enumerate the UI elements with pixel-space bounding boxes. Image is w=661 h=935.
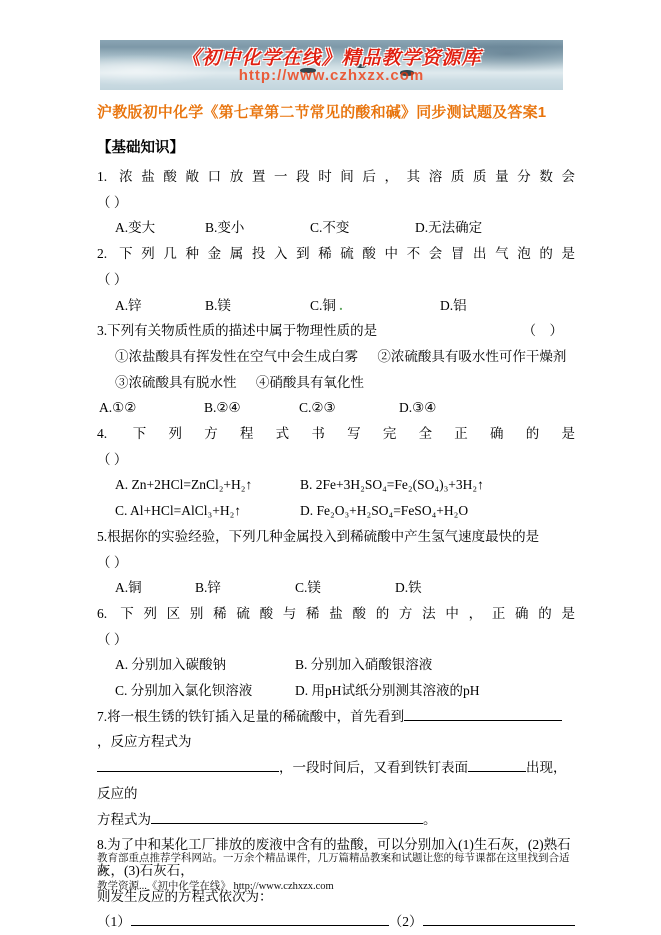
question-6-option-b: B. 分别加入硝酸银溶液 — [295, 652, 432, 678]
question-7-text-1: 7.将一根生锈的铁钉插入足量的稀硫酸中，首先看到 — [97, 709, 404, 724]
question-6-option-a: A. 分别加入碳酸钠 — [115, 652, 295, 678]
banner-site-title: 《初中化学在线》精品教学资源库 — [100, 43, 563, 70]
question-1-option-b: B.变小 — [205, 215, 310, 241]
question-6-option-c: C. 分别加入氯化钡溶液 — [115, 678, 295, 704]
question-2-option-d: D.铝 — [440, 293, 467, 319]
question-3-stem-row: 3.下列有关物质性质的描述中属于物理性质的是 （ ） — [97, 318, 575, 344]
question-3-item-3: ③浓硫酸具有脱水性 — [115, 375, 237, 390]
fill-in-blank — [423, 911, 576, 926]
footer-note-line1: 教育部重点推荐学科网站。一万余个精品课件，几万篇精品教案和试题让您的每节课都在这… — [97, 852, 579, 880]
question-1-option-d: D.无法确定 — [415, 215, 482, 241]
question-8-blanks-row: （1） （2） — [97, 909, 575, 935]
question-4-option-d: D. Fe₂O₃+H₂SO₄=FeSO₄+H₂O — [300, 498, 468, 524]
question-5-stem: 5.根据你的实验经验，下列几种金属投入到稀硫酸中产生氢气速度最快的是 — [97, 524, 575, 550]
question-4-options-row2: C. Al+HCl=AlCl₃+H₂↑ D. Fe₂O₃+H₂SO₄=FeSO₄… — [97, 498, 575, 524]
question-2-option-c: C.铜 . — [310, 293, 440, 319]
question-5-answer-paren: （ ） — [97, 550, 575, 576]
question-5-option-c: C.镁 — [295, 575, 395, 601]
question-5-option-a: A.铜 — [115, 575, 195, 601]
question-2-option-b: B.镁 — [205, 293, 310, 319]
question-6-answer-paren: （ ） — [97, 627, 575, 653]
question-7-text-5: 方程式为 — [97, 812, 151, 827]
question-7-text-6: 。 — [423, 812, 437, 827]
question-6-stem: 6. 下列区别稀硫酸与稀盐酸的方法中，正确的是 — [97, 601, 575, 627]
question-1-options: A.变大 B.变小 C.不变 D.无法确定 — [97, 215, 575, 241]
question-4-stem: 4. 下列方程式书写完全正确的是 — [97, 421, 575, 447]
question-1-option-c: C.不变 — [310, 215, 415, 241]
footer-note-prefix: 教学资源...《初中化学在线》 — [97, 881, 231, 892]
question-6-options-row2: C. 分别加入氯化钡溶液 D. 用pH试纸分别测其溶液的pH — [97, 678, 575, 704]
document-title: 沪教版初中化学《第七章第二节常见的酸和碱》同步测试题及答案1 — [97, 101, 575, 122]
question-4-options-row1: A. Zn+2HCl=ZnCl₂+H₂↑ B. 2Fe+3H₂SO₄=Fe₂(S… — [97, 472, 575, 498]
question-7-line2: ，一段时间后，又看到铁钉表面出现，反应的 — [97, 755, 575, 806]
spellcheck-dot: . — [339, 298, 342, 313]
question-3-option-a: A.①② — [99, 395, 204, 421]
site-banner-image: 《初中化学在线》精品教学资源库 http://www.czhxzx.com — [100, 40, 563, 90]
question-8-blank2-label: （2） — [389, 909, 423, 935]
question-3-items-row2: ③浓硫酸具有脱水性 ④硝酸具有氧化性 — [97, 370, 575, 396]
question-1-answer-paren: （ ） — [97, 190, 575, 216]
question-3-item-4: ④硝酸具有氧化性 — [256, 375, 364, 390]
footer-note-line2: 教学资源...《初中化学在线》 http://www.czhxzx.com — [97, 880, 579, 894]
question-4-answer-paren: （ ） — [97, 447, 575, 473]
question-7-text-3: ，一段时间后，又看到铁钉表面 — [279, 760, 468, 775]
question-4-option-b: B. 2Fe+3H₂SO₄=Fe₂(SO₄)₃+3H₂↑ — [300, 472, 484, 498]
question-3-option-d: D.③④ — [399, 395, 436, 421]
question-2-options: A.锌 B.镁 C.铜 . D.铝 — [97, 293, 575, 319]
question-2-option-a: A.锌 — [115, 293, 205, 319]
question-3-answer-paren: （ ） — [523, 318, 564, 344]
question-6-options-row1: A. 分别加入碳酸钠 B. 分别加入硝酸银溶液 — [97, 652, 575, 678]
page-footer: 教育部重点推荐学科网站。一万余个精品课件，几万篇精品教案和试题让您的每节课都在这… — [97, 852, 579, 894]
question-5-option-b: B.锌 — [195, 575, 295, 601]
question-2-answer-paren: （ ） — [97, 267, 575, 293]
section-header-basic-knowledge: 【基础知识】 — [97, 139, 575, 158]
question-4-option-a: A. Zn+2HCl=ZnCl₂+H₂↑ — [115, 472, 300, 498]
question-8-blank1-label: （1） — [97, 909, 131, 935]
question-1-option-a: A.变大 — [115, 215, 205, 241]
question-3-options: A.①② B.②④ C.②③ D.③④ — [97, 395, 575, 421]
fill-in-blank — [404, 706, 562, 721]
question-5-options: A.铜 B.锌 C.镁 D.铁 — [97, 575, 575, 601]
document-page: 《初中化学在线》精品教学资源库 http://www.czhxzx.com 沪教… — [97, 0, 575, 935]
banner-site-url-link[interactable]: http://www.czhxzx.com — [100, 67, 563, 84]
question-3-item-1: ①浓盐酸具有挥发性在空气中会生成白雾 — [115, 349, 358, 364]
question-3-option-c: C.②③ — [299, 395, 399, 421]
question-3-stem: 3.下列有关物质性质的描述中属于物理性质的是 — [97, 318, 377, 344]
question-3-items-row1: ①浓盐酸具有挥发性在空气中会生成白雾 ②浓硫酸具有吸水性可作干燥剂 — [97, 344, 575, 370]
fill-in-blank — [131, 911, 389, 926]
question-3-option-b: B.②④ — [204, 395, 299, 421]
question-7-text-2: ，反应方程式为 — [97, 734, 192, 749]
fill-in-blank — [97, 757, 279, 772]
question-7-line1: 7.将一根生锈的铁钉插入足量的稀硫酸中，首先看到，反应方程式为 — [97, 704, 575, 755]
fill-in-blank — [151, 809, 423, 824]
question-7-line3: 方程式为。 — [97, 807, 575, 833]
question-3-item-2: ②浓硫酸具有吸水性可作干燥剂 — [377, 349, 566, 364]
question-1-stem: 1. 浓盐酸敞口放置一段时间后，其溶质质量分数会 — [97, 164, 575, 190]
question-6-option-d: D. 用pH试纸分别测其溶液的pH — [295, 678, 480, 704]
question-4-option-c: C. Al+HCl=AlCl₃+H₂↑ — [115, 498, 300, 524]
footer-site-url-link[interactable]: http://www.czhxzx.com — [234, 881, 334, 892]
question-2-stem: 2. 下列几种金属投入到稀硫酸中不会冒出气泡的是 — [97, 241, 575, 267]
fill-in-blank — [468, 757, 526, 772]
question-5-option-d: D.铁 — [395, 575, 422, 601]
question-list: 1. 浓盐酸敞口放置一段时间后，其溶质质量分数会 （ ） A.变大 B.变小 C… — [97, 164, 575, 935]
